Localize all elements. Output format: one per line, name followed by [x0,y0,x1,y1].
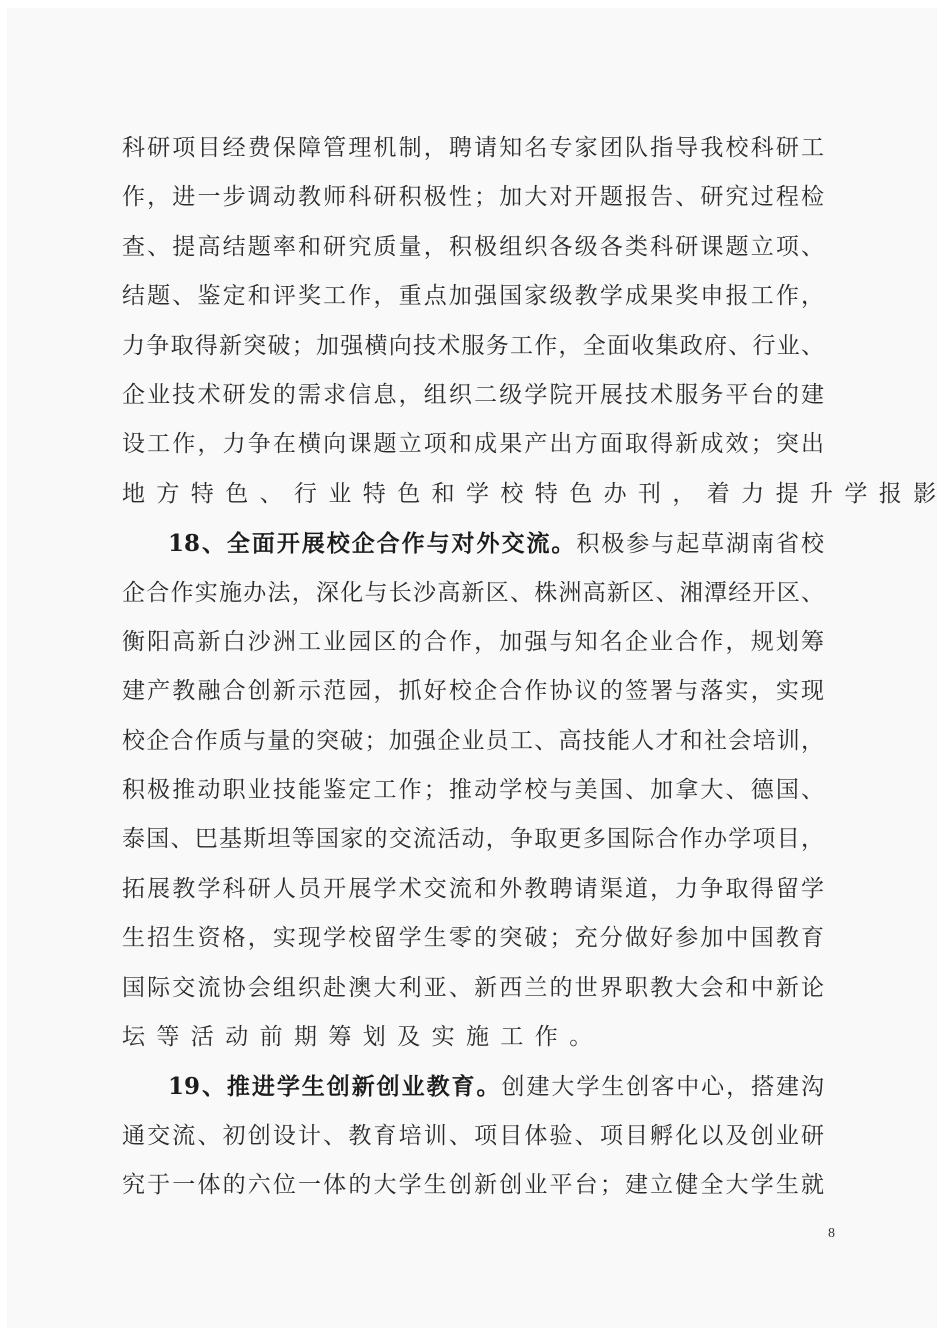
section-text: 积极参与起草湖南省校 [576,531,824,557]
paragraph-line: 生招生资格，实现学校留学生零的突破；充分做好参加中国教育 [122,914,824,963]
body-text: 科研项目经费保障管理机制，聘请知名专家团队指导我校科研工 作，进一步调动教师科研… [122,124,824,1211]
paragraph-line: 查、提高结题率和研究质量，积极组织各级各类科研课题立项、 [122,223,824,272]
paragraph-line: 地方特色、行业特色和学校特色办刊，着力提升学报影响力。 [122,470,824,519]
section-text: 创建大学生创客中心，搭建沟 [501,1074,824,1100]
paragraph-line: 积极推动职业技能鉴定工作；推动学校与美国、加拿大、德国、 [122,766,824,815]
paragraph-line: 国际交流协会组织赴澳大利亚、新西兰的世界职教大会和中新论 [122,964,824,1013]
section-19-first-line: 19、推进学生创新创业教育。创建大学生创客中心，搭建沟 [122,1062,824,1111]
paragraph-line: 作，进一步调动教师科研积极性；加大对开题报告、研究过程检 [122,173,824,222]
paragraph-line: 校企合作质与量的突破；加强企业员工、高技能人才和社会培训， [122,717,824,766]
document-page: 科研项目经费保障管理机制，聘请知名专家团队指导我校科研工 作，进一步调动教师科研… [7,8,937,1328]
paragraph-line: 建产教融合创新示范园，抓好校企合作协议的签署与落实，实现 [122,667,824,716]
paragraph-line: 通交流、初创设计、教育培训、项目体验、项目孵化以及创业研 [122,1112,824,1161]
page-number: 8 [828,1226,835,1242]
paragraph-line: 坛等活动前期筹划及实施工作。 [122,1013,824,1062]
paragraph-line: 力争取得新突破；加强横向技术服务工作，全面收集政府、行业、 [122,322,824,371]
section-heading-18: 18、全面开展校企合作与对外交流。 [168,530,576,557]
paragraph-line: 企业技术研发的需求信息，组织二级学院开展技术服务平台的建 [122,371,824,420]
paragraph-line: 泰国、巴基斯坦等国家的交流活动，争取更多国际合作办学项目， [122,815,824,864]
paragraph-line: 拓展教学科研人员开展学术交流和外教聘请渠道，力争取得留学 [122,865,824,914]
paragraph-line: 设工作，力争在横向课题立项和成果产出方面取得新成效；突出 [122,420,824,469]
paragraph-line: 结题、鉴定和评奖工作，重点加强国家级教学成果奖申报工作， [122,272,824,321]
paragraph-line: 究于一体的六位一体的大学生创新创业平台；建立健全大学生就 [122,1161,824,1210]
paragraph-line: 衡阳高新白沙洲工业园区的合作，加强与知名企业合作，规划筹 [122,618,824,667]
paragraph-line: 科研项目经费保障管理机制，聘请知名专家团队指导我校科研工 [122,124,824,173]
section-heading-19: 19、推进学生创新创业教育。 [168,1073,501,1100]
section-18-first-line: 18、全面开展校企合作与对外交流。积极参与起草湖南省校 [122,519,824,568]
paragraph-line: 企合作实施办法，深化与长沙高新区、株洲高新区、湘潭经开区、 [122,569,824,618]
